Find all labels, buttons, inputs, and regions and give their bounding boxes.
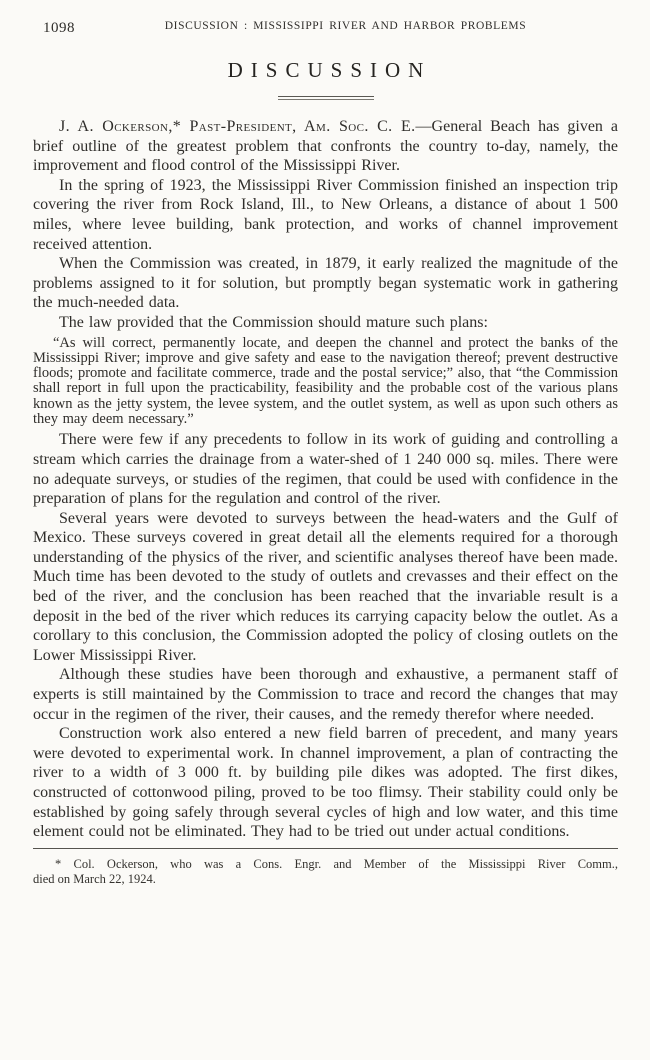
speaker-name: J. A. Ockerson,* Past-President, Am. Soc… (59, 118, 416, 135)
page-header: 1098 DISCUSSION : MISSISSIPPI RIVER AND … (33, 20, 618, 38)
page-number: 1098 (43, 20, 75, 37)
paragraph-inspection-trip: In the spring of 1923, the Mississippi R… (33, 176, 618, 254)
paragraph-precedents: There were few if any precedents to foll… (33, 430, 618, 508)
paragraph-construction: Construction work also entered a new fie… (33, 724, 618, 842)
footnote-separator-rule (33, 848, 618, 849)
section-title: DISCUSSION (33, 58, 618, 83)
footnote-line-2: died on March 22, 1924. (33, 872, 618, 888)
law-quote-block: “As will correct, permanently locate, an… (33, 336, 618, 428)
opening-paragraph: J. A. Ockerson,* Past-President, Am. Soc… (33, 117, 618, 176)
paragraph-surveys: Several years were devoted to surveys be… (33, 509, 618, 666)
footnote-line-1: * Col. Ockerson, who was a Cons. Engr. a… (33, 857, 618, 873)
paragraph-commission-created: When the Commission was created, in 1879… (33, 254, 618, 313)
running-head: DISCUSSION : MISSISSIPPI RIVER AND HARBO… (33, 20, 618, 32)
document-body: J. A. Ockerson,* Past-President, Am. Soc… (33, 117, 618, 842)
title-rule-divider (278, 96, 374, 100)
footnote: * Col. Ockerson, who was a Cons. Engr. a… (33, 857, 618, 888)
scanned-document-page: 1098 DISCUSSION : MISSISSIPPI RIVER AND … (0, 0, 650, 1060)
paragraph-law-provided: The law provided that the Commission sho… (33, 313, 618, 333)
paragraph-studies: Although these studies have been thoroug… (33, 665, 618, 724)
